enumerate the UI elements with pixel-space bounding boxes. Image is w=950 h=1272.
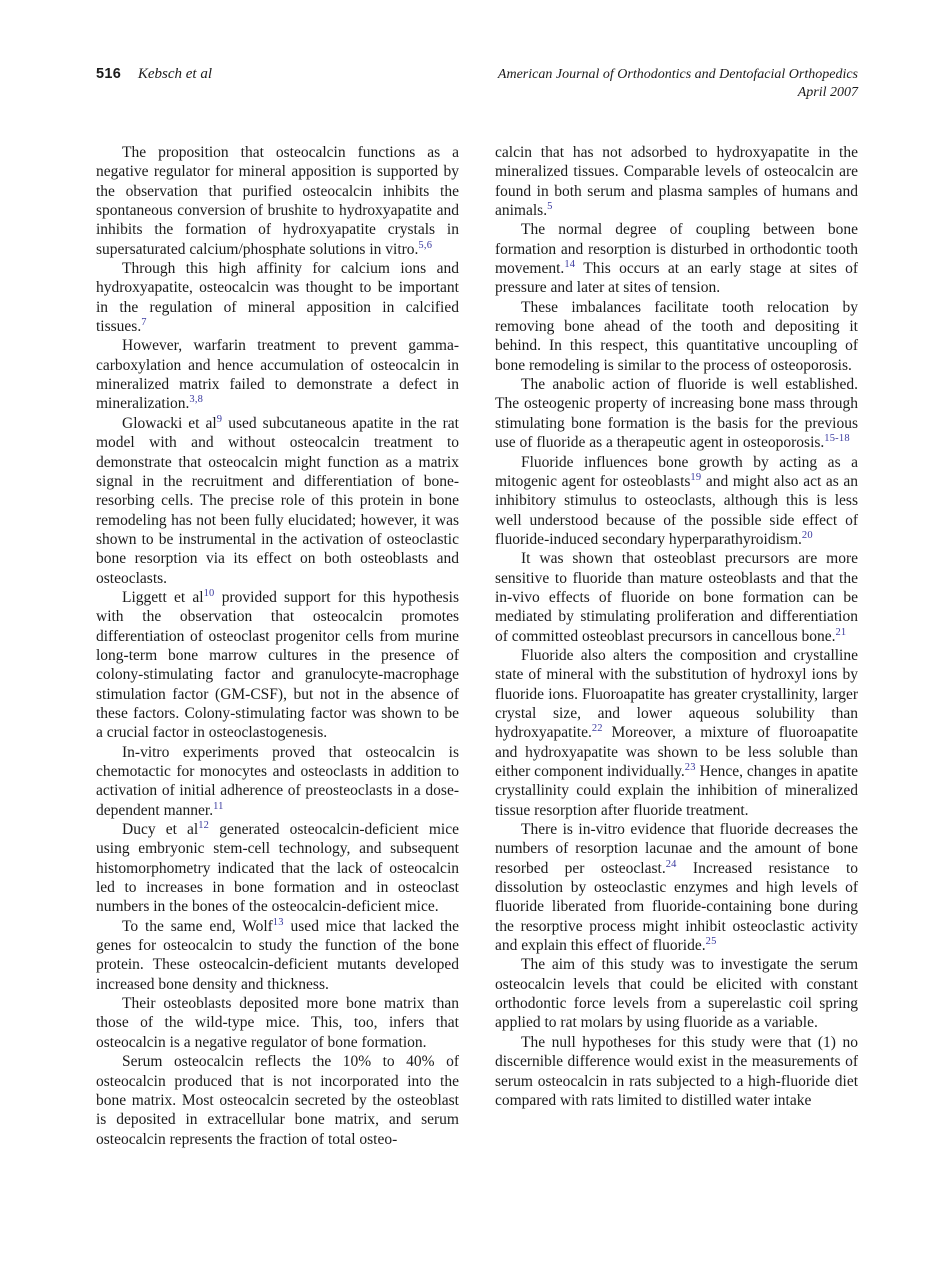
- article-body: The proposition that osteocalcin functio…: [96, 143, 858, 1149]
- page-number: 516: [96, 66, 121, 82]
- paragraph: In-vitro experiments proved that osteoca…: [96, 743, 459, 820]
- paragraph: Their osteoblasts deposited more bone ma…: [96, 994, 459, 1052]
- paragraph: Fluoride influences bone growth by actin…: [495, 453, 858, 550]
- paragraph: It was shown that osteoblast precursors …: [495, 549, 858, 646]
- reference-link[interactable]: 10: [204, 588, 215, 599]
- reference-link[interactable]: 25: [706, 936, 717, 947]
- reference-link[interactable]: 19: [690, 472, 701, 483]
- right-column: calcin that has not adsorbed to hydroxya…: [495, 143, 858, 1149]
- paragraph: These imbalances facilitate tooth reloca…: [495, 298, 858, 375]
- journal-title: American Journal of Orthodontics and Den…: [498, 66, 858, 84]
- reference-link[interactable]: 5: [547, 201, 552, 212]
- paragraph: The anabolic action of fluoride is well …: [495, 375, 858, 452]
- reference-link[interactable]: 12: [198, 820, 209, 831]
- paragraph: Serum osteocalcin reflects the 10% to 40…: [96, 1052, 459, 1149]
- reference-link[interactable]: 24: [666, 859, 677, 870]
- reference-link[interactable]: 9: [217, 414, 222, 425]
- paragraph: calcin that has not adsorbed to hydroxya…: [495, 143, 858, 220]
- reference-link[interactable]: 23: [685, 762, 696, 773]
- running-header: 516 Kebsch et al American Journal of Ort…: [96, 66, 858, 101]
- reference-link[interactable]: 3,8: [189, 394, 203, 405]
- paragraph: The null hypotheses for this study were …: [495, 1033, 858, 1110]
- paragraph: The aim of this study was to investigate…: [495, 955, 858, 1032]
- paragraph: The normal degree of coupling between bo…: [495, 220, 858, 297]
- paragraph: To the same end, Wolf13 used mice that l…: [96, 917, 459, 994]
- paragraph: Through this high affinity for calcium i…: [96, 259, 459, 336]
- paragraph: However, warfarin treatment to prevent g…: [96, 336, 459, 413]
- paragraph: Glowacki et al9 used subcutaneous apatit…: [96, 414, 459, 588]
- reference-link[interactable]: 5,6: [418, 240, 432, 251]
- paragraph: The proposition that osteocalcin functio…: [96, 143, 459, 259]
- running-header-right: American Journal of Orthodontics and Den…: [498, 66, 858, 101]
- reference-link[interactable]: 15-18: [824, 433, 850, 444]
- paragraph: Liggett et al10 provided support for thi…: [96, 588, 459, 743]
- paragraph: Fluoride also alters the composition and…: [495, 646, 858, 820]
- running-header-left: 516 Kebsch et al: [96, 66, 212, 83]
- reference-link[interactable]: 20: [802, 530, 813, 541]
- journal-page: 516 Kebsch et al American Journal of Ort…: [0, 0, 950, 1272]
- issue-date: April 2007: [498, 84, 858, 102]
- reference-link[interactable]: 14: [564, 259, 575, 270]
- running-authors: Kebsch et al: [138, 66, 212, 82]
- left-column: The proposition that osteocalcin functio…: [96, 143, 459, 1149]
- reference-link[interactable]: 21: [835, 626, 846, 637]
- reference-link[interactable]: 13: [273, 917, 284, 928]
- reference-link[interactable]: 7: [141, 317, 146, 328]
- paragraph: There is in-vitro evidence that fluoride…: [495, 820, 858, 955]
- paragraph: Ducy et al12 generated osteocalcin-defic…: [96, 820, 459, 917]
- reference-link[interactable]: 22: [592, 723, 603, 734]
- reference-link[interactable]: 11: [213, 801, 224, 812]
